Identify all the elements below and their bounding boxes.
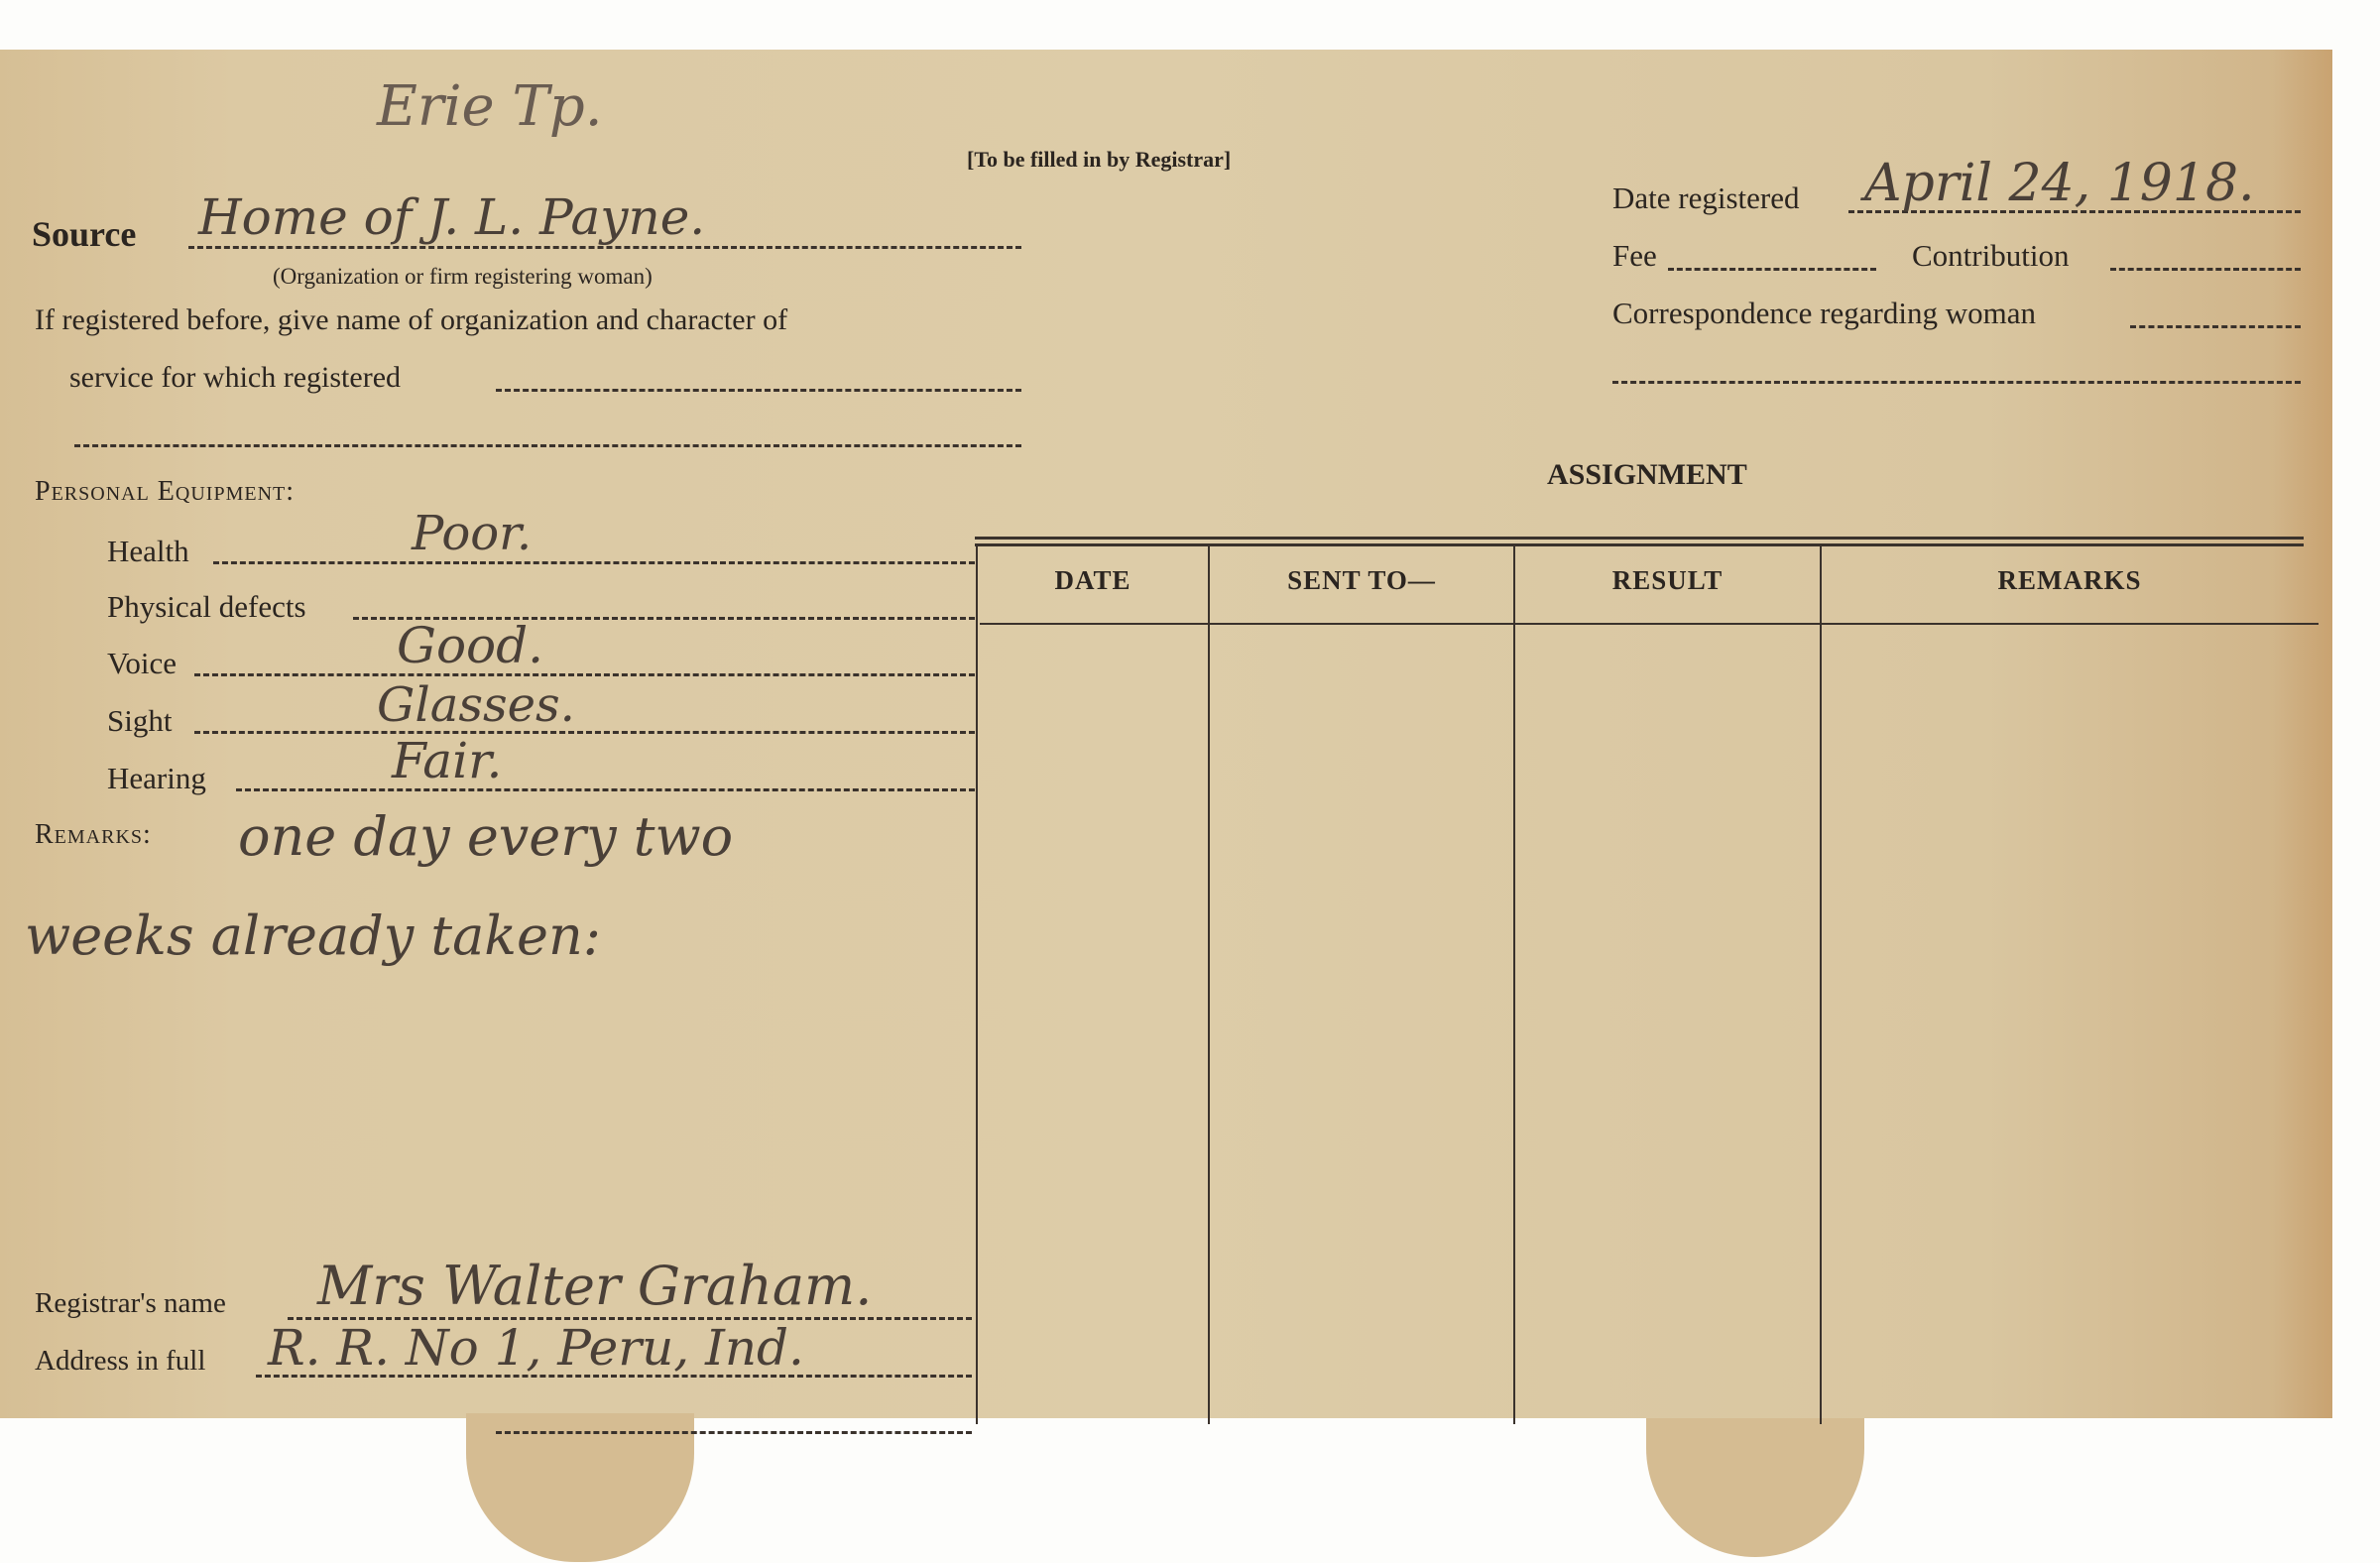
sight-label: Sight bbox=[107, 703, 172, 739]
card-tab-right bbox=[1646, 1418, 1864, 1557]
date-registered-value: April 24, 1918. bbox=[1864, 154, 2255, 213]
address-value: R. R. No 1, Peru, Ind. bbox=[268, 1319, 804, 1377]
card-tab-left bbox=[466, 1413, 694, 1562]
hearing-label: Hearing bbox=[107, 761, 206, 796]
address-label: Address in full bbox=[35, 1345, 205, 1378]
voice-value: Good. bbox=[397, 617, 543, 674]
assignment-col-border-3 bbox=[1820, 546, 1822, 1424]
assignment-header-rule bbox=[980, 623, 2319, 625]
health-value: Poor. bbox=[412, 506, 532, 561]
column-header-result: RESULT bbox=[1515, 565, 1820, 596]
registered-before-line-1 bbox=[496, 389, 1021, 392]
correspondence-line-2 bbox=[1612, 381, 2301, 384]
fee-line bbox=[1668, 268, 1876, 271]
township-note: Erie Tp. bbox=[377, 74, 603, 139]
column-header-date: DATE bbox=[978, 565, 1208, 596]
assignment-col-border-2 bbox=[1513, 546, 1515, 1424]
contribution-line bbox=[2110, 268, 2301, 271]
assignment-col-border-1 bbox=[1208, 546, 1210, 1424]
sight-value: Glasses. bbox=[377, 677, 575, 733]
source-line bbox=[188, 246, 1021, 249]
column-header-sent-to: SENT TO— bbox=[1210, 565, 1513, 596]
contribution-label: Contribution bbox=[1912, 238, 2069, 274]
assignment-rule-top-2 bbox=[975, 543, 2304, 546]
registered-before-label: If registered before, give name of organ… bbox=[35, 303, 787, 337]
personal-equipment-title: Personal Equipment: bbox=[35, 476, 295, 508]
assignment-title: ASSIGNMENT bbox=[1547, 458, 1747, 492]
date-registered-label: Date registered bbox=[1612, 180, 1799, 216]
address-line-2 bbox=[496, 1431, 972, 1434]
health-line bbox=[213, 561, 975, 564]
health-label: Health bbox=[107, 534, 189, 569]
correspondence-label: Correspondence regarding woman bbox=[1612, 296, 2036, 331]
registered-before-line-2 bbox=[74, 444, 1021, 447]
registered-before-label-2: service for which registered bbox=[69, 361, 401, 395]
header-note: [To be filled in by Registrar] bbox=[967, 147, 1231, 173]
registrar-name-value: Mrs Walter Graham. bbox=[317, 1255, 872, 1317]
source-value: Home of J. L. Payne. bbox=[198, 188, 705, 246]
voice-line bbox=[194, 673, 975, 676]
remarks-line-2: weeks already taken: bbox=[25, 904, 601, 967]
voice-label: Voice bbox=[107, 646, 177, 681]
physical-defects-label: Physical defects bbox=[107, 589, 306, 625]
remarks-label: Remarks: bbox=[35, 819, 152, 851]
source-caption: (Organization or firm registering woman) bbox=[273, 264, 653, 290]
fee-label: Fee bbox=[1612, 238, 1657, 274]
source-label: Source bbox=[32, 213, 136, 255]
correspondence-line bbox=[2130, 325, 2301, 328]
hearing-value: Fair. bbox=[392, 732, 502, 789]
remarks-line-1: one day every two bbox=[238, 805, 733, 868]
registrar-name-label: Registrar's name bbox=[35, 1287, 226, 1320]
hearing-line bbox=[236, 788, 975, 791]
column-header-remarks: REMARKS bbox=[1822, 565, 2318, 596]
assignment-col-border-0 bbox=[976, 546, 978, 1424]
sight-line bbox=[194, 731, 975, 734]
assignment-rule-top bbox=[975, 537, 2304, 540]
